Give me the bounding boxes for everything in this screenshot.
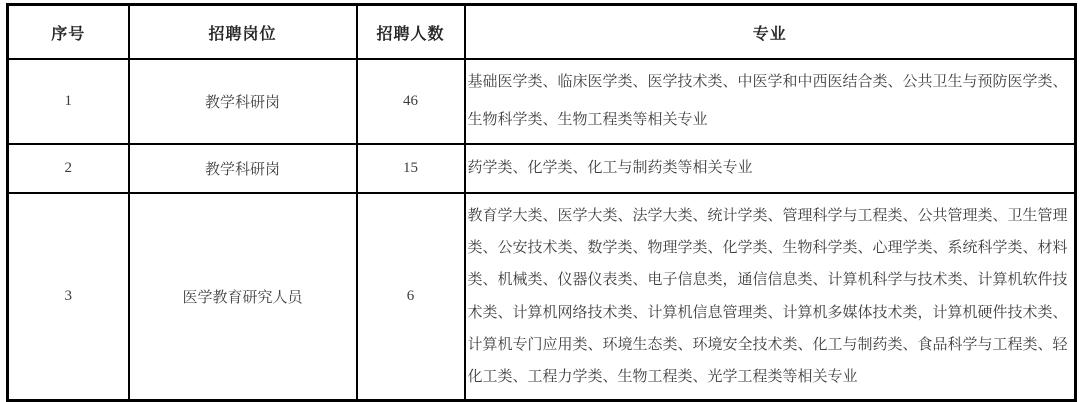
cell-majors: 基础医学类、临床医学类、医学技术类、中医学和中西医结合类、公共卫生与预防医学类、…	[465, 59, 1076, 144]
table-row: 3 医学教育研究人员 6 教育学大类、医学大类、法学大类、统计学类、管理科学与工…	[8, 193, 1076, 392]
table-row: 1 教学科研岗 46 基础医学类、临床医学类、医学技术类、中医学和中西医结合类、…	[8, 59, 1076, 144]
cell-serial-number: 2	[8, 144, 129, 193]
header-serial-number: 序号	[8, 5, 129, 60]
cell-position: 教学科研岗	[129, 144, 357, 193]
header-majors: 专业	[465, 5, 1076, 60]
cell-position: 医学教育研究人员	[129, 193, 357, 392]
recruitment-table-container: 序号 招聘岗位 招聘人数 专业 1 教学科研岗 46 基础医学类、临床医学类、医…	[6, 3, 1074, 392]
header-headcount: 招聘人数	[357, 5, 465, 60]
recruitment-table: 序号 招聘岗位 招聘人数 专业 1 教学科研岗 46 基础医学类、临床医学类、医…	[6, 3, 1077, 392]
cell-majors: 药学类、化学类、化工与制药类等相关专业	[465, 144, 1076, 193]
cell-majors: 教育学大类、医学大类、法学大类、统计学类、管理科学与工程类、公共管理类、卫生管理…	[465, 193, 1076, 392]
cell-serial-number: 1	[8, 59, 129, 144]
header-position: 招聘岗位	[129, 5, 357, 60]
cell-position: 教学科研岗	[129, 59, 357, 144]
table-row: 2 教学科研岗 15 药学类、化学类、化工与制药类等相关专业	[8, 144, 1076, 193]
header-row: 序号 招聘岗位 招聘人数 专业	[8, 5, 1076, 60]
cell-serial-number: 3	[8, 193, 129, 392]
cell-headcount: 15	[357, 144, 465, 193]
cell-headcount: 6	[357, 193, 465, 392]
cell-headcount: 46	[357, 59, 465, 144]
